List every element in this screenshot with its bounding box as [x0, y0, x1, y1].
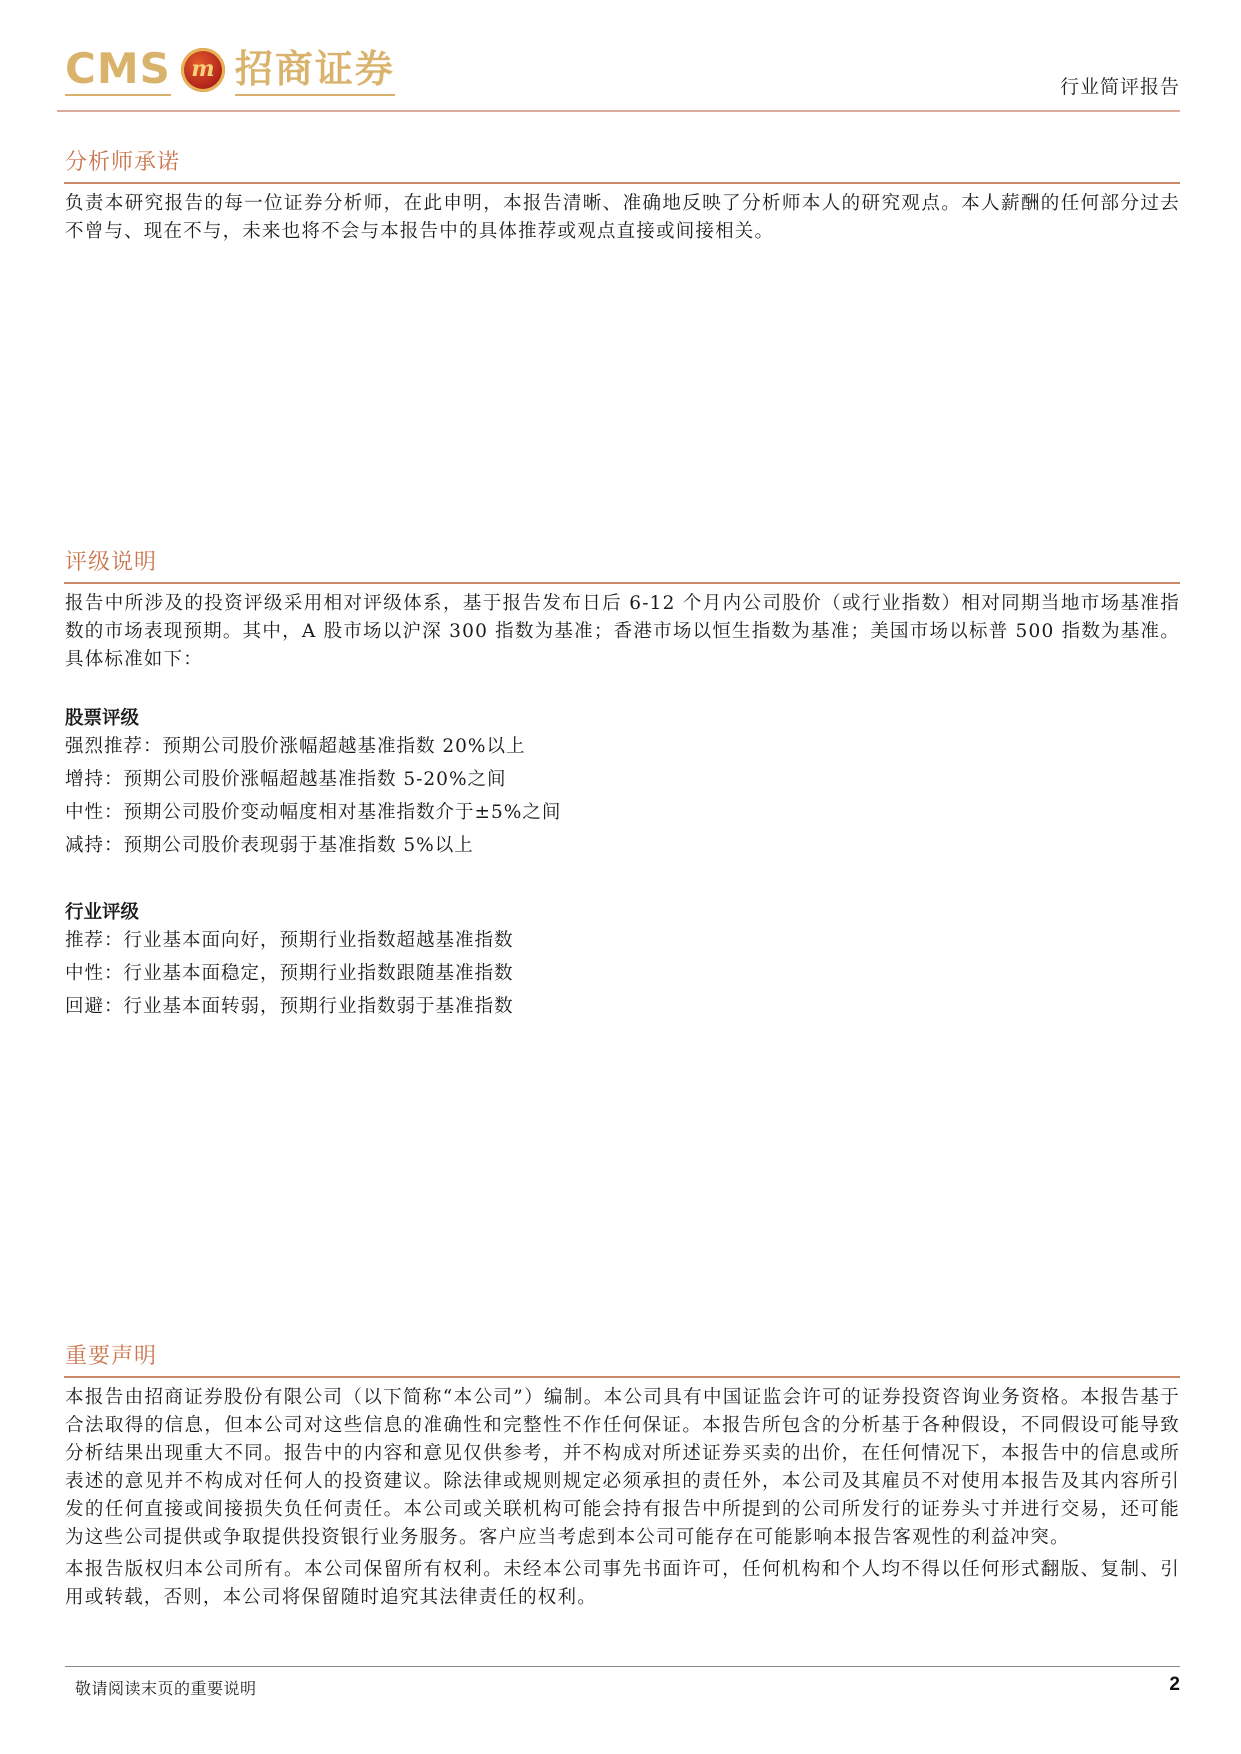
footer-note: 敬请阅读末页的重要说明 — [75, 1676, 257, 1699]
industry-rating-list: 推荐：行业基本面向好，预期行业指数超越基准指数 中性：行业基本面稳定，预期行业指… — [65, 924, 1180, 1023]
header-divider — [57, 110, 1180, 112]
rating-intro-paragraph: 报告中所涉及的投资评级采用相对评级体系，基于报告发布日后 6-12 个月内公司股… — [65, 590, 1180, 674]
page-header: CMS m 招商证券 行业简评报告 — [65, 40, 1180, 112]
stock-rating-item: 强烈推荐：预期公司股价涨幅超越基准指数 20%以上 — [65, 730, 1180, 763]
industry-rating-item: 回避：行业基本面转弱，预期行业指数弱于基准指数 — [65, 990, 1180, 1023]
footer-divider — [65, 1666, 1180, 1667]
stock-rating-list: 强烈推荐：预期公司股价涨幅超越基准指数 20%以上 增持：预期公司股价涨幅超越基… — [65, 730, 1180, 862]
industry-rating-title: 行业评级 — [65, 898, 1180, 924]
stock-rating-block: 股票评级 强烈推荐：预期公司股价涨幅超越基准指数 20%以上 增持：预期公司股价… — [65, 704, 1180, 862]
commitment-paragraph: 负责本研究报告的每一位证券分析师，在此申明，本报告清晰、准确地反映了分析师本人的… — [65, 190, 1180, 246]
copyright-paragraph: 本报告版权归本公司所有。本公司保留所有权利。未经本公司事先书面许可，任何机构和个… — [65, 1556, 1180, 1612]
stock-rating-title: 股票评级 — [65, 704, 1180, 730]
logo-chinese-name: 招商证券 — [235, 46, 395, 96]
logo-badge-icon: m — [181, 48, 225, 92]
section-title: 重要声明 — [65, 1342, 1180, 1372]
stock-rating-item: 增持：预期公司股价涨幅超越基准指数 5-20%之间 — [65, 763, 1180, 796]
statement-paragraph: 本报告由招商证券股份有限公司（以下简称“本公司”）编制。本公司具有中国证监会许可… — [65, 1384, 1180, 1552]
report-type-label: 行业简评报告 — [1060, 72, 1180, 99]
report-page: CMS m 招商证券 行业简评报告 分析师承诺 负责本研究报告的每一位证券分析师… — [0, 0, 1241, 1754]
section-analyst-commitment: 分析师承诺 负责本研究报告的每一位证券分析师，在此申明，本报告清晰、准确地反映了… — [65, 148, 1180, 246]
stock-rating-item: 中性：预期公司股价变动幅度相对基准指数介于±5%之间 — [65, 796, 1180, 829]
section-divider — [64, 182, 1180, 184]
industry-rating-block: 行业评级 推荐：行业基本面向好，预期行业指数超越基准指数 中性：行业基本面稳定，… — [65, 898, 1180, 1023]
logo-cms-text: CMS — [65, 46, 171, 96]
section-important-statement: 重要声明 本报告由招商证券股份有限公司（以下简称“本公司”）编制。本公司具有中国… — [65, 1342, 1180, 1612]
stock-rating-item: 减持：预期公司股价表现弱于基准指数 5%以上 — [65, 829, 1180, 862]
industry-rating-item: 中性：行业基本面稳定，预期行业指数跟随基准指数 — [65, 957, 1180, 990]
industry-rating-item: 推荐：行业基本面向好，预期行业指数超越基准指数 — [65, 924, 1180, 957]
section-divider — [64, 582, 1180, 584]
section-title: 评级说明 — [65, 548, 1180, 578]
section-rating-explanation: 评级说明 报告中所涉及的投资评级采用相对评级体系，基于报告发布日后 6-12 个… — [65, 548, 1180, 1023]
section-divider — [64, 1376, 1180, 1378]
company-logo: CMS m 招商证券 — [65, 46, 395, 102]
section-title: 分析师承诺 — [65, 148, 1180, 178]
page-number: 2 — [1169, 1674, 1180, 1696]
